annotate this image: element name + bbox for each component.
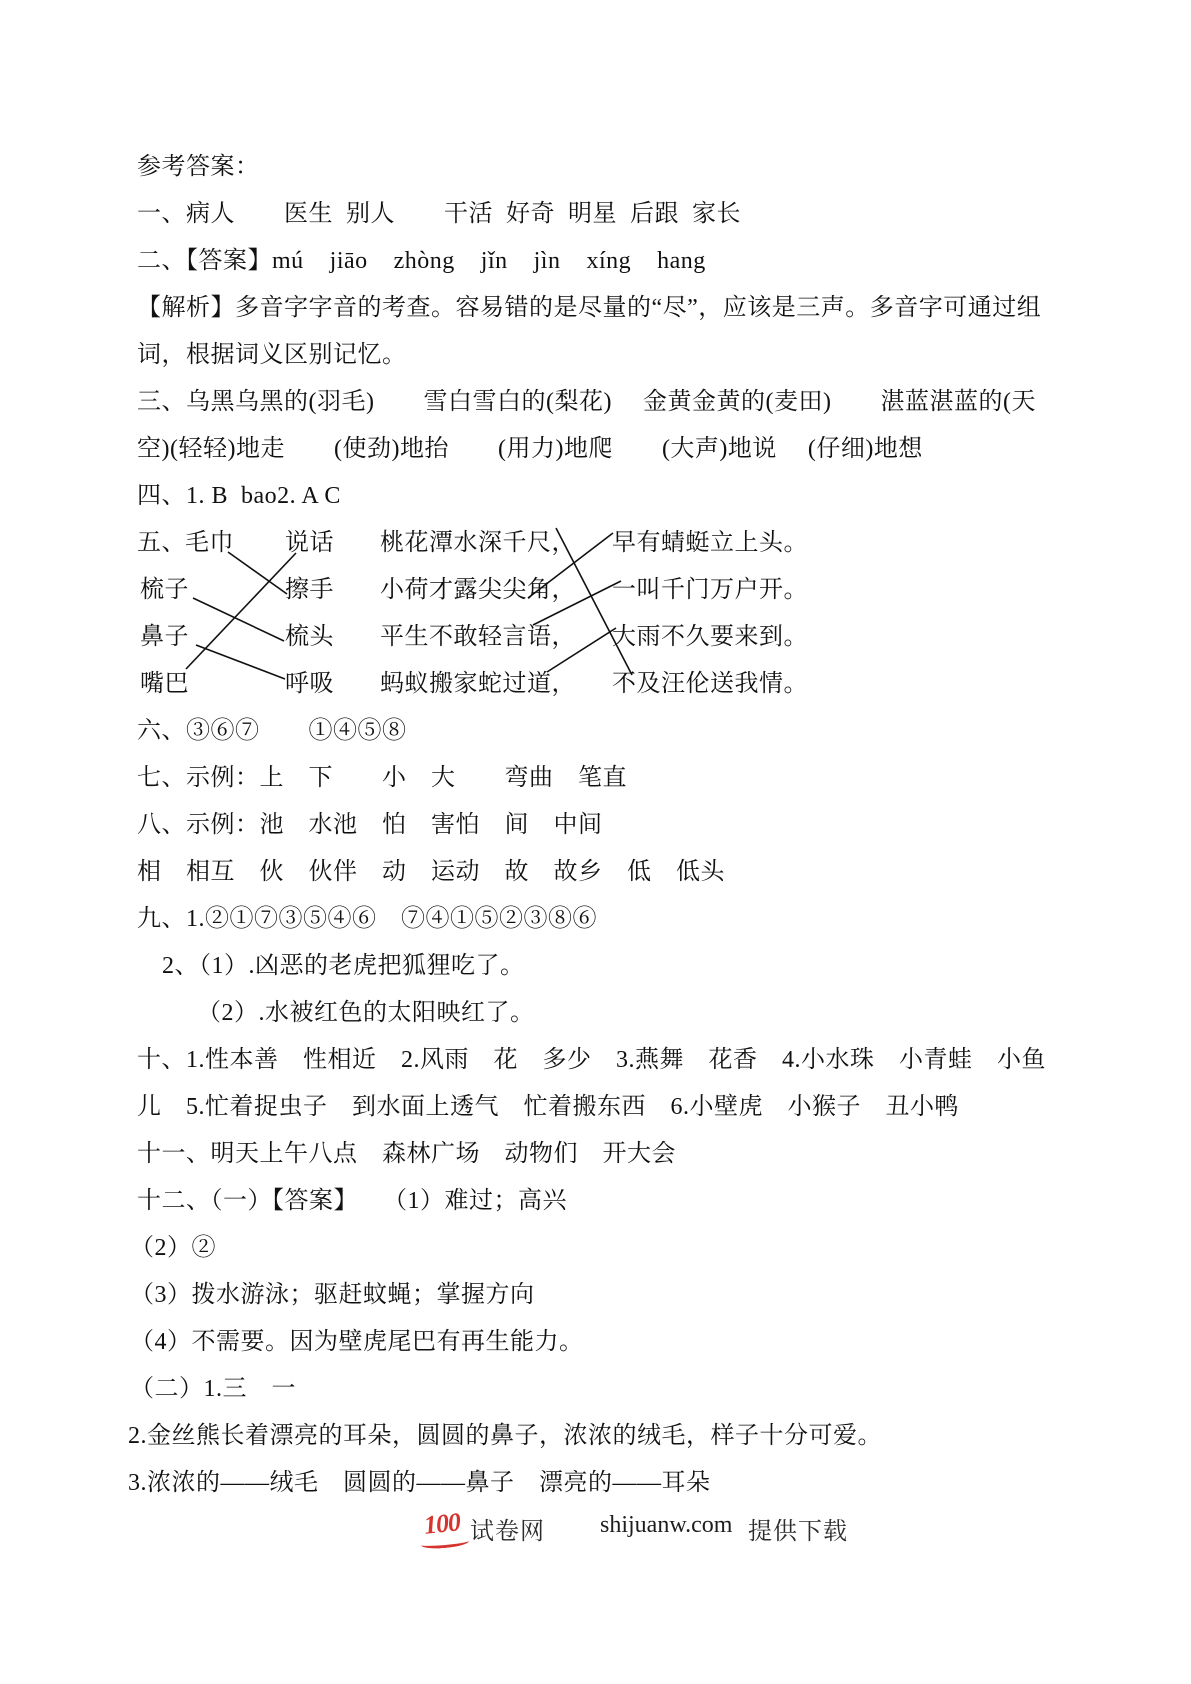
match-item: 早有蜻蜓立上头。 [612, 528, 808, 558]
answer-line-12-2: （2）② [130, 1233, 216, 1263]
footer-site-name: 试卷网 [470, 1511, 545, 1546]
answer-line-9-2b: （2）.水被红色的太阳映红了。 [197, 998, 535, 1028]
answer-line-3a: 三、乌黑乌黑的(羽毛) 雪白雪白的(梨花) 金黄金黄的(麦田) 湛蓝湛蓝的(天 [137, 387, 1036, 417]
match-item: 梳头 [285, 622, 334, 652]
match-item: 平生不敢轻言语， [380, 622, 576, 652]
footer-100-logo: 100 [423, 1507, 462, 1541]
answer-line-12-II-2: 2.金丝熊长着漂亮的耳朵，圆圆的鼻子，浓浓的绒毛，样子十分可爱。 [128, 1421, 882, 1451]
match-connection-line [193, 598, 284, 641]
answer-line-2-analysis-a: 【解析】多音字字音的考查。容易错的是尽量的“尽”，应该是三声。多音字可通过组 [137, 293, 1041, 323]
match-item: 鼻子 [140, 622, 189, 652]
answer-line-12-II-1: （二）1.三 一 [130, 1374, 296, 1404]
answer-line-6: 六、③⑥⑦ ①④⑤⑧ [137, 716, 407, 746]
match-item: 一叫千门万户开。 [612, 575, 808, 605]
match-connection-line [186, 553, 296, 669]
footer-download-text: 提供下载 [748, 1511, 848, 1546]
match-item: 梳子 [140, 575, 189, 605]
answer-line-8a: 八、示例：池 水池 怕 害怕 间 中间 [137, 810, 603, 840]
match-item: 小荷才露尖尖角， [380, 575, 576, 605]
answer-line-7: 七、示例：上 下 小 大 弯曲 笔直 [137, 763, 627, 793]
answer-line-8b: 相 相互 伙 伙伴 动 运动 故 故乡 低 低头 [137, 857, 725, 887]
answer-line-10a: 十、1.性本善 性相近 2.风雨 花 多少 3.燕舞 花香 4.小水珠 小青蛙 … [137, 1045, 1046, 1075]
answer-line-12-II-3: 3.浓浓的——绒毛 圆圆的——鼻子 漂亮的——耳朵 [128, 1468, 711, 1498]
answer-line-1: 一、病人 医生 别人 干活 好奇 明星 后跟 家长 [137, 199, 741, 229]
answer-line-9-2a: 2、（1）.凶恶的老虎把狐狸吃了。 [162, 951, 525, 981]
match-item: 桃花潭水深千尺， [380, 528, 576, 558]
answer-line-11: 十一、明天上午八点 森林广场 动物们 开大会 [137, 1139, 676, 1169]
match-item: 五、 [137, 528, 186, 558]
answer-line-12-4: （4）不需要。因为壁虎尾巴有再生能力。 [130, 1327, 584, 1357]
match-item: 擦手 [285, 575, 334, 605]
match-connection-line [196, 645, 285, 679]
answer-line-2: 二、【答案】mú jiāo zhòng jǐn jìn xíng hang [137, 246, 706, 276]
answer-line-4: 四、1. B bao2. A C [137, 481, 341, 511]
match-item: 说话 [285, 528, 334, 558]
match-item: 蚂蚁搬家蛇过道， [380, 669, 576, 699]
match-item: 大雨不久要来到。 [612, 622, 808, 652]
match-item: 不及汪伦送我情。 [612, 669, 808, 699]
answer-line-10b: 儿 5.忙着捉虫子 到水面上透气 忙着搬东西 6.小壁虎 小猴子 丑小鸭 [137, 1092, 959, 1122]
answer-line-3b: 空)(轻轻)地走 (使劲)地抬 (用力)地爬 (大声)地说 (仔细)地想 [137, 434, 923, 464]
match-item: 呼吸 [285, 669, 334, 699]
answer-line-2-analysis-b: 词，根据词义区别记忆。 [137, 340, 407, 370]
answers-document-page: 参考答案：一、病人 医生 别人 干活 好奇 明星 后跟 家长二、【答案】mú j… [0, 0, 1191, 1684]
match-item: 嘴巴 [140, 669, 189, 699]
footer: 100 试卷网 shijuanw.com 提供下载 [0, 1505, 1191, 1550]
match-item: 毛巾 [185, 528, 234, 558]
page-title: 参考答案： [137, 152, 260, 182]
answer-line-12-3: （3）拨水游泳；驱赶蚊蝇；掌握方向 [130, 1280, 535, 1310]
match-connection-line [228, 552, 287, 594]
footer-domain-text: shijuanw.com [600, 1512, 732, 1539]
answer-line-12-1: 十二、（一）【答案】 （1）难过；高兴 [137, 1186, 567, 1216]
answer-line-9-1: 九、1.②①⑦③⑤④⑥ ⑦④①⑤②③⑧⑥ [137, 904, 597, 934]
